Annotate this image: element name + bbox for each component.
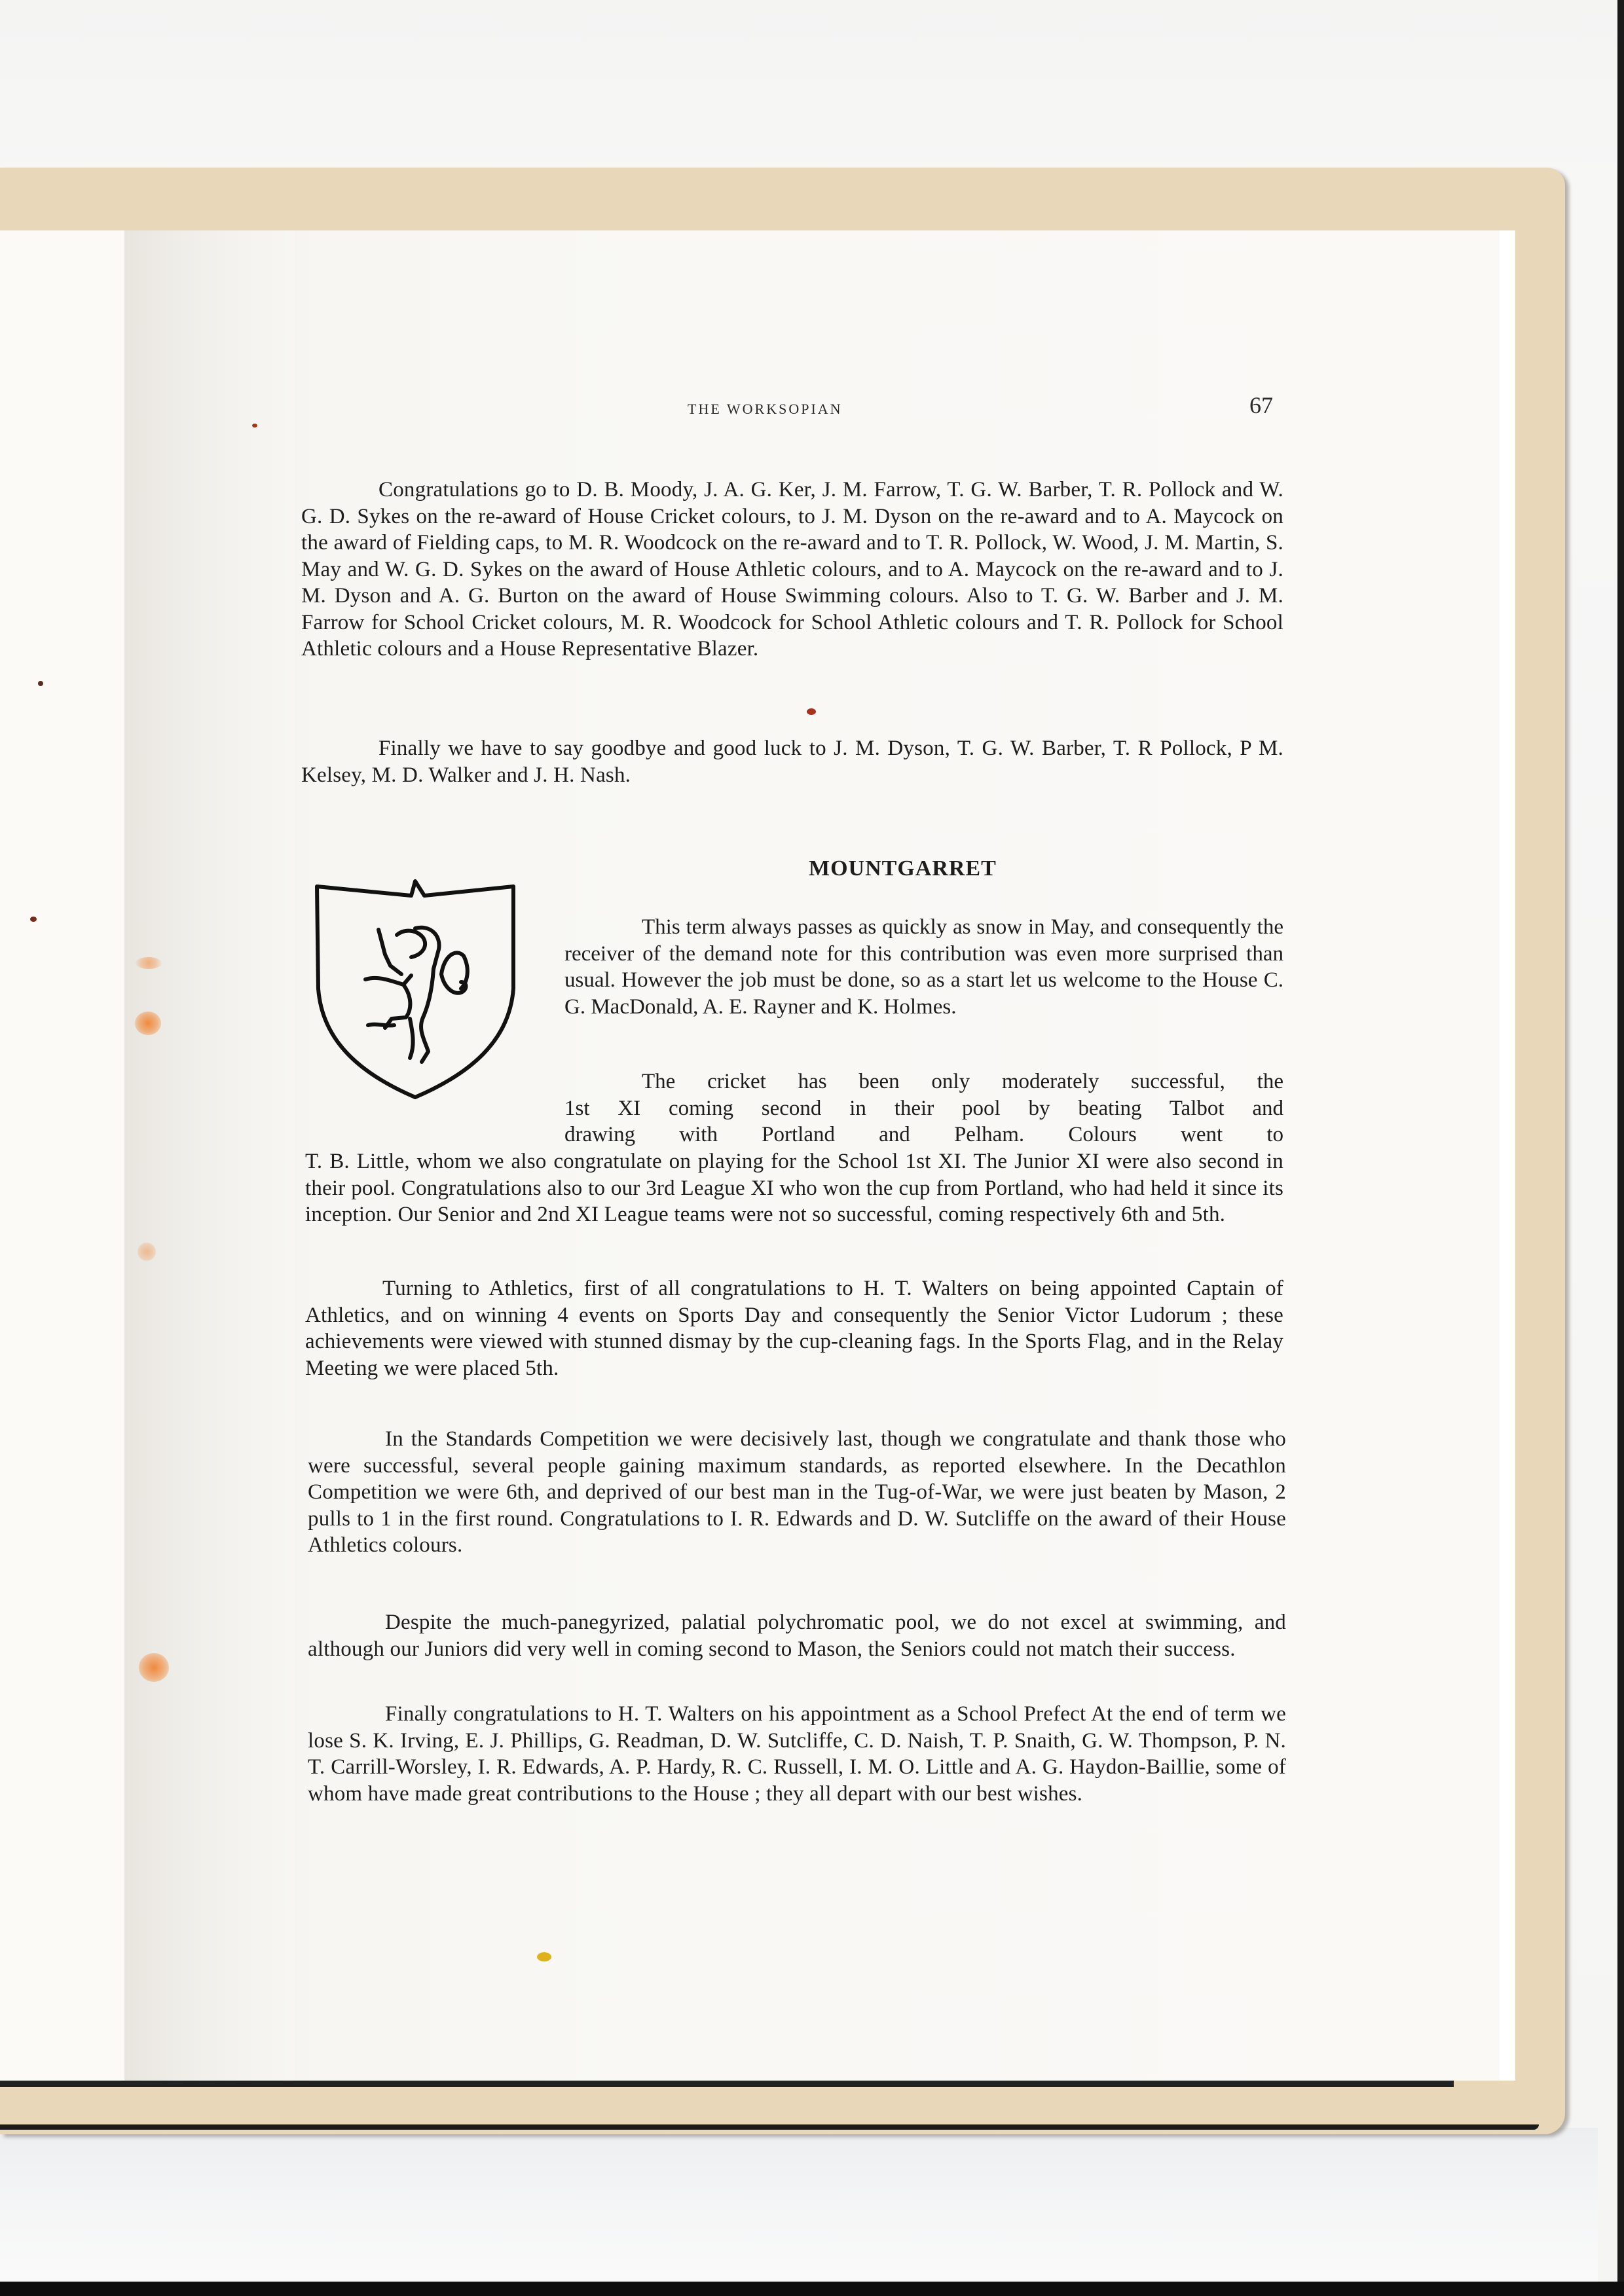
scanner-shadow [0, 2128, 1598, 2282]
paragraph-text: T. B. Little, whom we also congratulate … [305, 1148, 1283, 1228]
foxing-stain [138, 1243, 156, 1261]
paragraph-standards: In the Standards Competition we were dec… [308, 1426, 1286, 1559]
running-title: THE WORKSOPIAN [688, 401, 843, 418]
paragraph-text: This term always passes as quickly as sn… [564, 914, 1283, 1020]
shield-with-lion-rampant-icon [313, 877, 520, 1100]
paragraph-text: Congratulations go to D. B. Moody, J. A.… [301, 477, 1283, 663]
paragraph-text: In the Standards Competition we were dec… [308, 1426, 1286, 1559]
cover-bottom-edge [0, 2124, 1539, 2130]
paragraph-cricket-continued: T. B. Little, whom we also congratulate … [305, 1148, 1283, 1228]
ink-speck [537, 1952, 551, 1961]
ink-speck [252, 424, 257, 428]
paragraph-swimming: Despite the much-panegyrized, palatial p… [308, 1609, 1286, 1662]
paragraph-text: Despite the much-panegyrized, palatial p… [308, 1609, 1286, 1662]
page-number: 67 [1249, 392, 1273, 419]
scanner-edge [0, 2282, 1624, 2296]
ink-speck [30, 917, 37, 922]
paragraph-intro: This term always passes as quickly as sn… [564, 914, 1283, 1020]
page-gutter-shadow [124, 230, 295, 2081]
ink-speck [38, 681, 43, 686]
paragraph-colours-awards: Congratulations go to D. B. Moody, J. A.… [301, 477, 1283, 663]
scanner-edge [1617, 0, 1624, 2296]
paragraph-athletics: Turning to Athletics, first of all congr… [305, 1275, 1283, 1381]
paragraph-text: Finally we have to say goodbye and good … [301, 735, 1283, 788]
text-line: 1st XI coming second in their pool by be… [564, 1095, 1283, 1122]
paragraph-farewells: Finally congratulations to H. T. Walters… [308, 1701, 1286, 1807]
foxing-stain [139, 1653, 169, 1682]
foxing-stain [135, 1011, 161, 1035]
paragraph-text: Turning to Athletics, first of all congr… [305, 1275, 1283, 1381]
foxing-stain [136, 957, 162, 969]
section-heading-mountgarret: MOUNTGARRET [809, 856, 997, 881]
cover-edge-shadow [0, 2081, 1454, 2087]
facing-page-edge [0, 230, 128, 2081]
text-line: drawing with Portland and Pelham. Colour… [564, 1121, 1283, 1148]
paragraph-text: Finally congratulations to H. T. Walters… [308, 1701, 1286, 1807]
text-line: The cricket has been only moderately suc… [564, 1068, 1283, 1095]
page-edge [1500, 230, 1515, 2081]
paragraph-cricket-wrapped: The cricket has been only moderately suc… [564, 1068, 1283, 1148]
ink-speck [807, 708, 816, 715]
paragraph-goodbyes: Finally we have to say goodbye and good … [301, 735, 1283, 788]
